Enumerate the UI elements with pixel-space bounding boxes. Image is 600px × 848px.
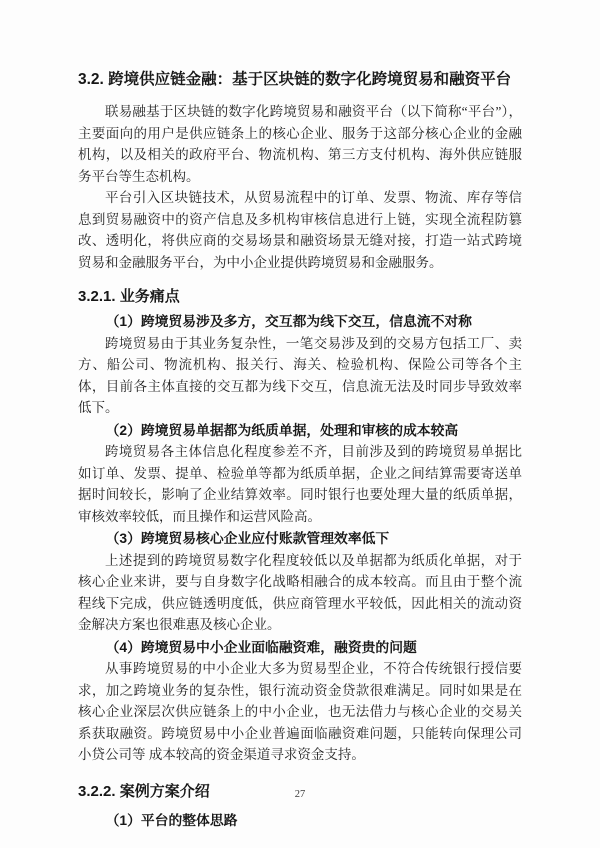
page-content: 3.2. 跨境供应链金融：基于区块链的数字化跨境贸易和融资平台 联易融基于区块链… (0, 0, 600, 831)
pain-point-body: 跨境贸易各主体信息化程度参差不齐，目前涉及到的跨境贸易单据比如订单、发票、提单、… (78, 441, 522, 527)
section-heading: 3.2. 跨境供应链金融：基于区块链的数字化跨境贸易和融资平台 (78, 70, 522, 90)
pain-point-title: （2）跨境贸易单据都为纸质单据，处理和审核的成本较高 (78, 420, 522, 442)
intro-paragraph-1: 联易融基于区块链的数字化跨境贸易和融资平台（以下简称“平台”），主要面向的用户是… (78, 101, 522, 187)
pain-point-body: 上述提到的跨境贸易数字化程度较低以及单据都为纸质化单据，对于核心企业来讲，要与自… (78, 550, 522, 636)
page-number: 27 (0, 789, 600, 800)
pain-point-title: （4）跨境贸易中小企业面临融资难，融资贵的问题 (78, 637, 522, 659)
pain-point-title: （1）跨境贸易涉及多方，交互都为线下交互，信息流不对称 (78, 311, 522, 333)
pain-point-body: 从事跨境贸易的中小企业大多为贸易型企业，不符合传统银行授信要求，加之跨境业务的复… (78, 658, 522, 766)
case-intro-item-title: （1）平台的整体思路 (78, 810, 522, 832)
pain-point-title: （3）跨境贸易核心企业应付账款管理效率低下 (78, 528, 522, 550)
document-page: 3.2. 跨境供应链金融：基于区块链的数字化跨境贸易和融资平台 联易融基于区块链… (0, 0, 600, 848)
intro-paragraph-2: 平台引入区块链技术，从贸易流程中的订单、发票、物流、库存等信息到贸易融资中的资产… (78, 187, 522, 273)
subsection-heading-pain-points: 3.2.1. 业务痛点 (78, 286, 522, 308)
pain-point-body: 跨境贸易由于其业务复杂性，一笔交易涉及到的交易方包括工厂、卖方、船公司、物流机构… (78, 333, 522, 419)
